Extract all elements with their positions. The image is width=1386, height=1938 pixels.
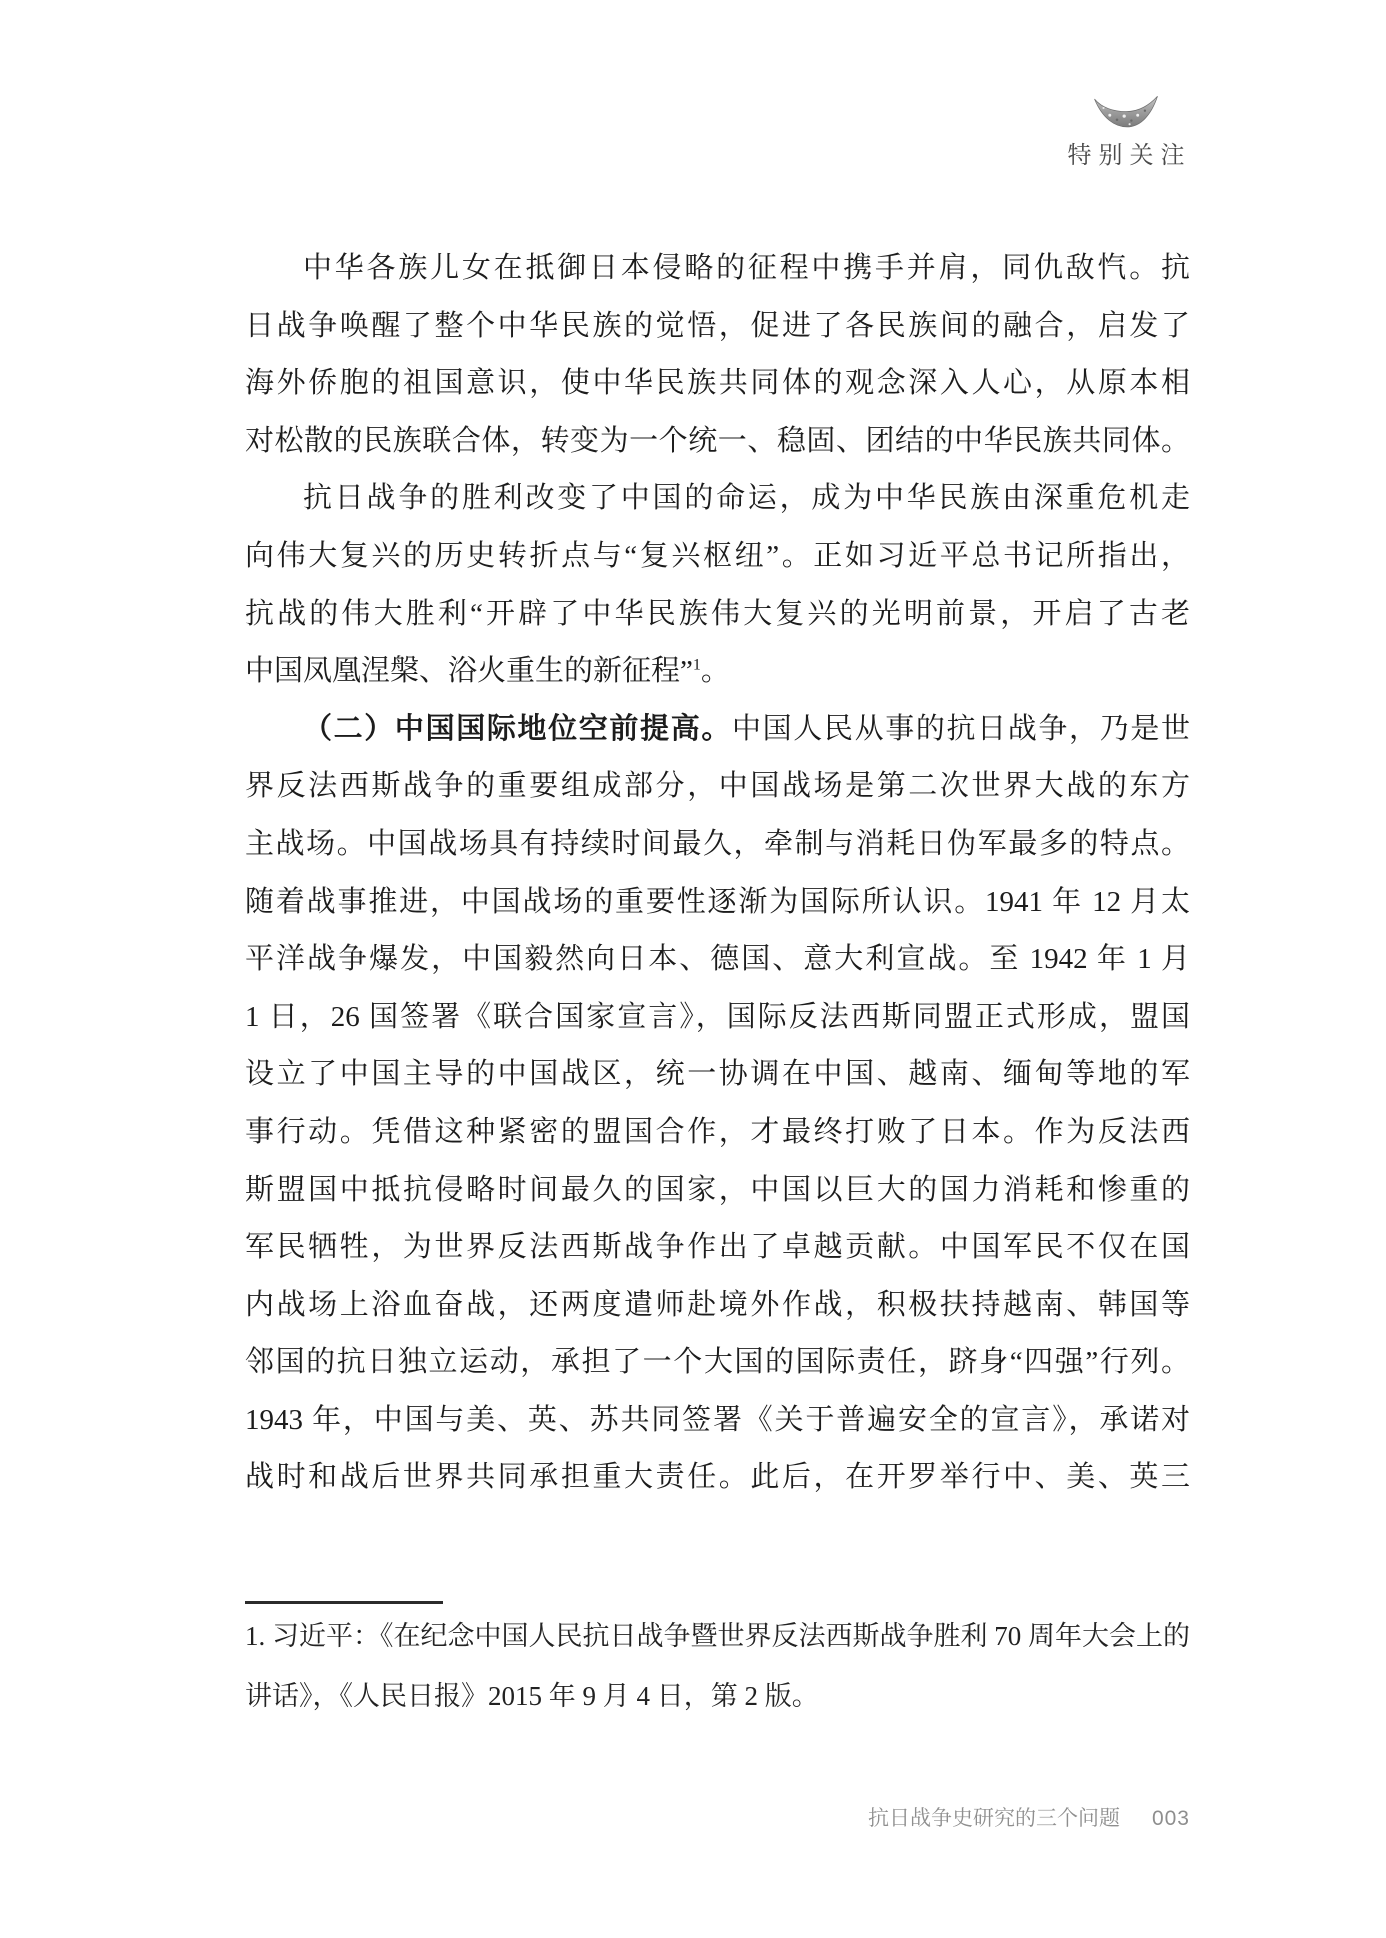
footnote: 1. 习近平：《在纪念中国人民抗日战争暨世界反法西斯战争胜利 70 周年大会上的… [245,1606,1205,1726]
body-line-p3-4: 随着战事推进，中国战场的重要性逐渐为国际所认识。1941 年 12 月太 [245,874,1190,932]
body-line-p3-5: 平洋战争爆发，中国毅然向日本、德国、意大利宣战。至 1942 年 1 月 [245,931,1190,989]
body-text: 中华各族儿女在抵御日本侵略的征程中携手并肩，同仇敌忾。抗日战争唤醒了整个中华民族… [245,240,1190,1507]
body-line-p3-13: 1943 年，中国与美、英、苏共同签署《关于普遍安全的宣言》，承诺对 [245,1392,1190,1450]
footnote-divider [245,1601,443,1604]
section-header-label: 特别关注 [1062,135,1197,170]
footnote-line-2: 讲话》，《人民日报》2015 年 9 月 4 日，第 2 版。 [245,1666,1205,1726]
body-line-p1-2: 日战争唤醒了整个中华民族的觉悟，促进了各民族间的融合，启发了 [245,298,1190,356]
body-line-p2-4: 中国凤凰涅槃、浴火重生的新征程”1。 [245,643,1190,701]
body-line-p3-11: 内战场上浴血奋战，还两度遣师赴境外作战，积极扶持越南、韩国等 [245,1277,1190,1335]
body-line-p3-8: 事行动。凭借这种紧密的盟国合作，才最终打败了日本。作为反法西 [245,1104,1190,1162]
body-line-p3-6: 1 日，26 国签署《联合国家宣言》，国际反法西斯同盟正式形成，盟国 [245,989,1190,1047]
body-line-p1-4: 对松散的民族联合体，转变为一个统一、稳固、团结的中华民族共同体。 [245,413,1190,471]
page-footer: 抗日战争史研究的三个问题003 [868,1802,1190,1832]
body-line-p1-3: 海外侨胞的祖国意识，使中华民族共同体的观念深入人心，从原本相 [245,355,1190,413]
body-line-p3-2: 界反法西斯战争的重要组成部分，中国战场是第二次世界大战的东方 [245,758,1190,816]
footnote-line-1: 1. 习近平：《在纪念中国人民抗日战争暨世界反法西斯战争胜利 70 周年大会上的 [245,1606,1205,1666]
body-line-p1-1: 中华各族儿女在抵御日本侵略的征程中携手并肩，同仇敌忾。抗 [245,240,1190,298]
crescent-artifact-icon [1090,88,1162,128]
body-line-p3-10: 军民牺牲，为世界反法西斯战争作出了卓越贡献。中国军民不仅在国 [245,1219,1190,1277]
section-header: 特别关注 [1062,88,1190,170]
body-line-p3-14: 战时和战后世界共同承担重大责任。此后，在开罗举行中、美、英三 [245,1449,1190,1507]
book-page: 特别关注 中华各族儿女在抵御日本侵略的征程中携手并肩，同仇敌忾。抗日战争唤醒了整… [0,0,1386,1938]
body-line-p3-1: （二）中国国际地位空前提高。中国人民从事的抗日战争，乃是世 [245,701,1190,759]
body-line-p3-7: 设立了中国主导的中国战区，统一协调在中国、越南、缅甸等地的军 [245,1046,1190,1104]
page-number: 003 [1152,1807,1190,1830]
body-line-p2-2: 向伟大复兴的历史转折点与“复兴枢纽”。正如习近平总书记所指出， [245,528,1190,586]
body-line-p3-12: 邻国的抗日独立运动，承担了一个大国的国际责任，跻身“四强”行列。 [245,1334,1190,1392]
body-line-p2-3: 抗战的伟大胜利“开辟了中华民族伟大复兴的光明前景，开启了古老 [245,586,1190,644]
body-line-p3-3: 主战场。中国战场具有持续时间最久，牵制与消耗日伪军最多的特点。 [245,816,1190,874]
body-line-p3-9: 斯盟国中抵抗侵略时间最久的国家，中国以巨大的国力消耗和惨重的 [245,1162,1190,1220]
body-line-p2-1: 抗日战争的胜利改变了中国的命运，成为中华民族由深重危机走 [245,470,1190,528]
running-title: 抗日战争史研究的三个问题 [868,1807,1120,1830]
